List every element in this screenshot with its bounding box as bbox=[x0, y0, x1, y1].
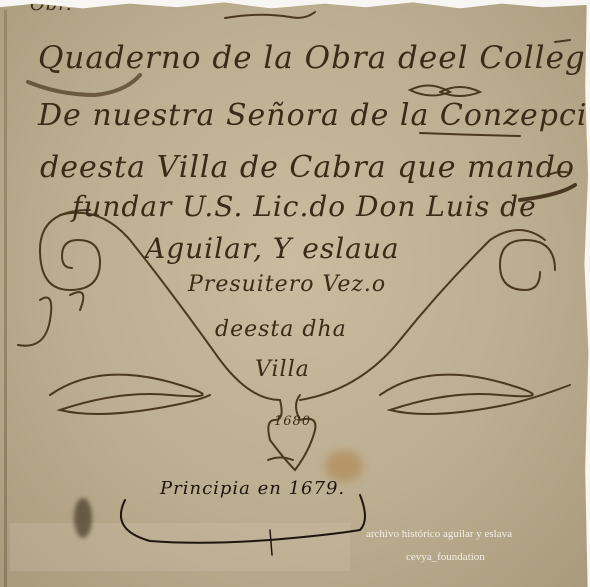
manuscript-page: Obr. Quaderno de la Obra deel Collegio D… bbox=[0, 0, 590, 587]
title-line-8: Villa bbox=[255, 357, 310, 382]
title-line-2: De nuestra Señora de la Conzepcion bbox=[38, 98, 590, 133]
watermark-archive: archivo histórico aguilar y eslava bbox=[366, 528, 512, 540]
title-line-3: deesta Villa de Cabra que mando bbox=[40, 150, 575, 185]
title-line-1: Quaderno de la Obra deel Collegio bbox=[38, 40, 590, 76]
principio-note: Principia en 1679. bbox=[160, 478, 345, 499]
title-line-4: fundar U.S. Lic.do Don Luis de bbox=[72, 190, 537, 223]
title-line-7: deesta dha bbox=[215, 317, 347, 342]
title-line-6: Presuitero Vez.o bbox=[188, 272, 386, 297]
watermark-foundation: cevya_foundation bbox=[406, 551, 485, 563]
heart-year: 1680 bbox=[274, 414, 311, 429]
title-line-5: Aguilar, Y eslaua bbox=[145, 232, 400, 265]
